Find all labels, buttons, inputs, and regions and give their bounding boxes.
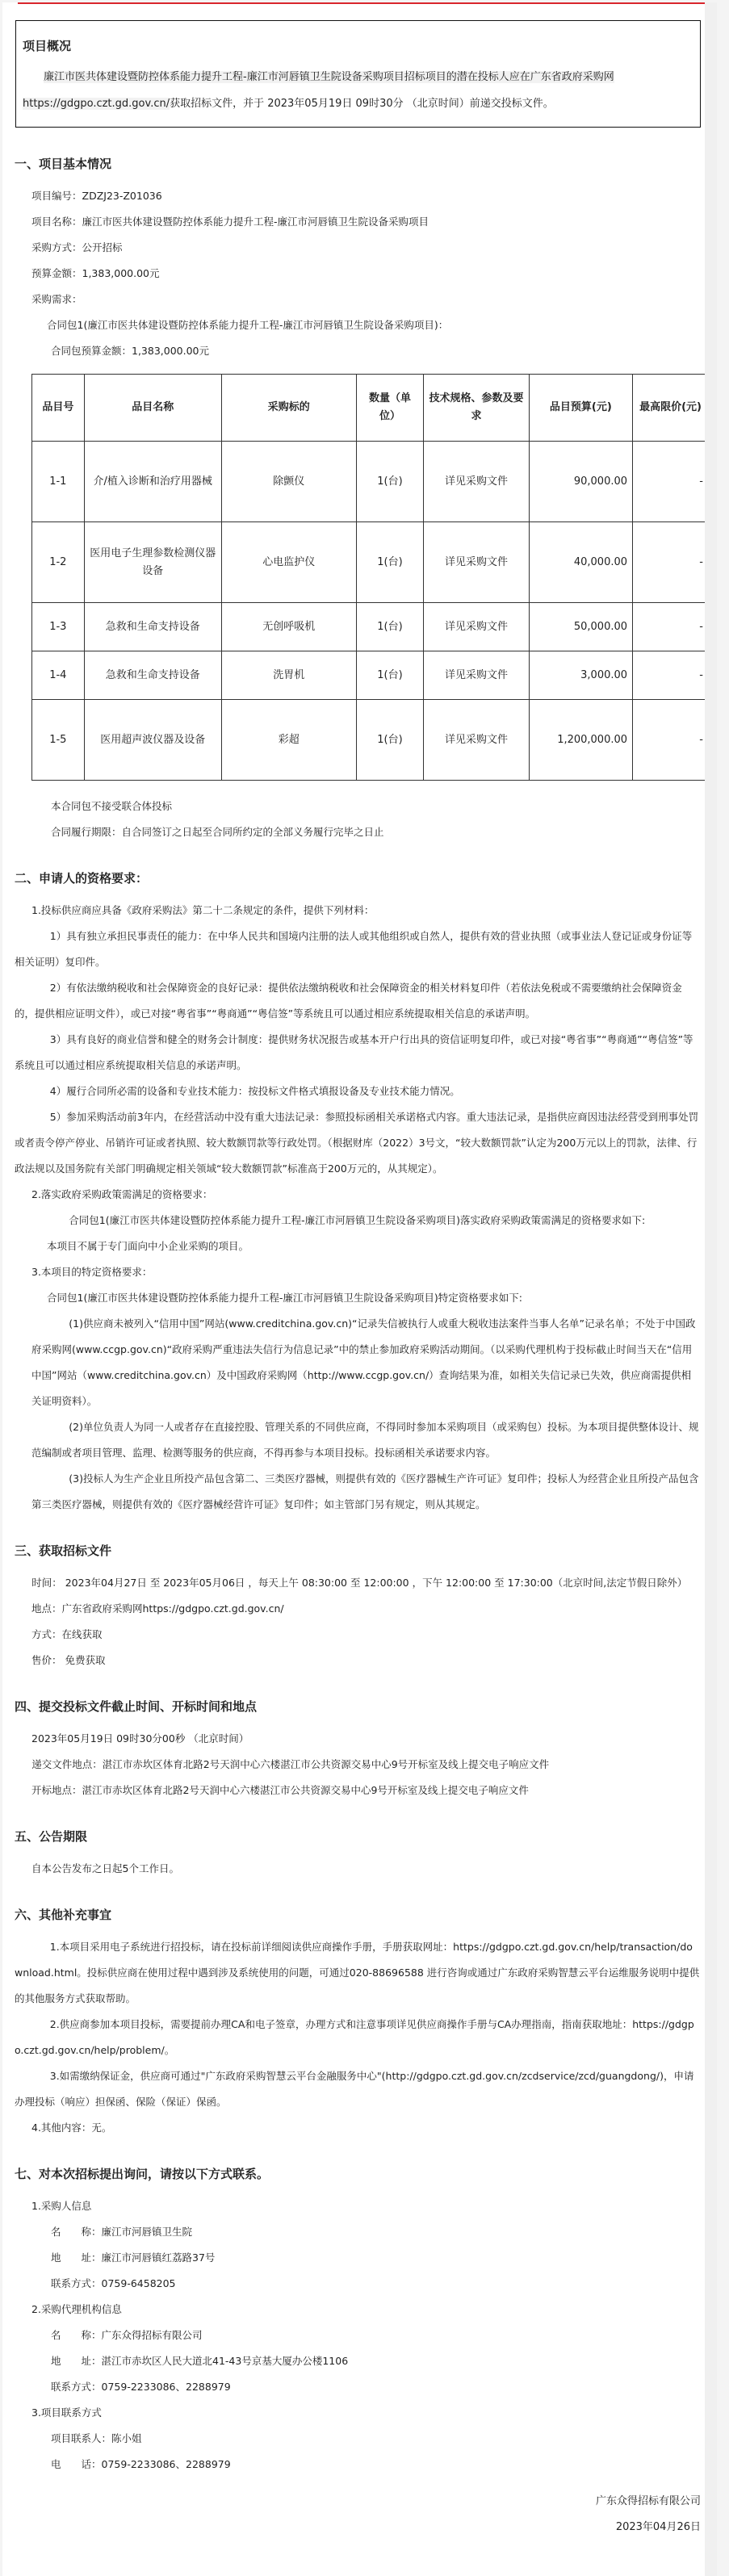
overview-box: 项目概况 廉江市医共体建设暨防控体系能力提升工程-廉江市河唇镇卫生院设备采购项目… [15, 20, 701, 128]
qualification-item-3: 3.本项目的特定资格要求： [31, 1259, 701, 1285]
supplement-item-4: 4.其他内容：无。 [31, 2115, 701, 2141]
signature-date: 2023年04月26日 [2, 2515, 701, 2540]
agency-contact: 联系方式：0759-2233086、2288979 [51, 2374, 701, 2400]
table-header-row: 品目号 品目名称 采购标的 数量（单位） 技术规格、参数及要求 品目预算(元) … [32, 375, 709, 442]
col-header-item-name: 品目名称 [84, 375, 221, 442]
table-row: 1-4 急救和生命支持设备 洗胃机 1(台) 详见采购文件 3,000.00 - [32, 651, 709, 700]
col-header-budget: 品目预算(元) [529, 375, 632, 442]
submission-deadline: 2023年05月19日 09时30分00秒 （北京时间） [31, 1726, 701, 1752]
agency-heading: 2.采购代理机构信息 [31, 2297, 701, 2323]
acquire-method: 方式：在线获取 [31, 1622, 701, 1648]
section-7-title: 七、对本次招标提出询问，请按以下方式联系。 [15, 2165, 717, 2182]
col-header-spec: 技术规格、参数及要求 [424, 375, 529, 442]
purchaser-address: 地 址：廉江市河唇镇红荔路37号 [51, 2245, 701, 2271]
project-contact-phone: 电 话：0759-2233086、2288979 [51, 2452, 701, 2478]
special-requirement-3: (3)投标人为生产企业且所投产品包含第二、三类医疗器械，则提供有效的《医疗器械生… [31, 1466, 701, 1518]
project-contact-person: 项目联系人：陈小姐 [51, 2426, 701, 2452]
submission-place: 递交文件地点：湛江市赤坎区体育北路2号天润中心六楼湛江市公共资源交易中心9号开标… [15, 1752, 701, 1778]
table-row: 1-5 医用超声波仪器及设备 彩超 1(台) 详见采购文件 1,200,000.… [32, 700, 709, 781]
col-header-target: 采购标的 [221, 375, 356, 442]
budget-amount: 预算金额：1,383,000.00元 [31, 261, 701, 287]
opening-place: 开标地点：湛江市赤坎区体育北路2号天润中心六楼湛江市公共资源交易中心9号开标室及… [31, 1778, 701, 1803]
no-consortium-note: 本合同包不接受联合体投标 [51, 794, 701, 819]
section-5-title: 五、公告期限 [15, 1828, 717, 1845]
col-header-item-no: 品目号 [32, 375, 85, 442]
announcement-period: 自本公告发布之日起5个工作日。 [31, 1856, 701, 1882]
project-contact-heading: 3.项目联系方式 [31, 2400, 701, 2426]
items-table: 品目号 品目名称 采购标的 数量（单位） 技术规格、参数及要求 品目预算(元) … [31, 374, 709, 781]
policy-text: 本项目不属于专门面向中小企业采购的项目。 [47, 1234, 701, 1259]
overview-title: 项目概况 [23, 37, 693, 54]
section-6-title: 六、其他补充事宜 [15, 1906, 717, 1923]
overview-text: 廉江市医共体建设暨防控体系能力提升工程-廉江市河唇镇卫生院设备采购项目招标项目的… [23, 64, 693, 117]
announcement-page: 项目概况 廉江市医共体建设暨防控体系能力提升工程-廉江市河唇镇卫生院设备采购项目… [2, 2, 717, 2576]
project-number: 项目编号：ZDZJ23-Z01036 [31, 183, 701, 209]
qualification-item-2: 2.落实政府采购政策需满足的资格要求： [31, 1182, 701, 1208]
supplement-item-1: 1.本项目采用电子系统进行招投标，请在投标前详细阅读供应商操作手册，手册获取网址… [15, 1934, 701, 2012]
policy-package: 合同包1(廉江市医共体建设暨防控体系能力提升工程-廉江市河唇镇卫生院设备采购项目… [31, 1208, 701, 1234]
table-row: 1-1 介/植入诊断和治疗用器械 除颤仪 1(台) 详见采购文件 90,000.… [32, 442, 709, 522]
section-4-title: 四、提交投标文件截止时间、开标时间和地点 [15, 1698, 717, 1715]
table-row: 1-3 急救和生命支持设备 无创呼吸机 1(台) 详见采购文件 50,000.0… [32, 603, 709, 651]
agency-name: 名 称：广东众得招标有限公司 [51, 2323, 701, 2348]
package-budget: 合同包预算金额：1,383,000.00元 [51, 338, 701, 364]
section-2-title: 二、申请人的资格要求： [15, 869, 717, 886]
demand-label: 采购需求： [31, 287, 701, 312]
supplement-item-3: 3.如需缴纳保证金，供应商可通过"广东政府采购智慧云平台金融服务中心"(http… [15, 2063, 701, 2115]
acquire-price: 售价： 免费获取 [31, 1648, 701, 1673]
section-3-title: 三、获取招标文件 [15, 1542, 717, 1559]
agency-address: 地 址：湛江市赤坎区人民大道北41-43号京基大厦办公楼1106 [51, 2348, 701, 2374]
qualification-item-1: 1.投标供应商应具备《政府采购法》第二十二条规定的条件，提供下列材料： [31, 898, 701, 924]
qualification-sub-2: 2）有依法缴纳税收和社会保障资金的良好记录：提供依法缴纳税收和社会保障资金的相关… [15, 975, 701, 1027]
special-requirement-2: (2)单位负责人为同一人或者存在直接控股、管理关系的不同供应商，不得同时参加本采… [31, 1414, 701, 1466]
page-scrollbar-track[interactable] [705, 2, 717, 2576]
purchaser-contact: 联系方式：0759-6458205 [51, 2271, 701, 2297]
contract-term: 合同履行期限：自合同签订之日起至合同所约定的全部义务履行完毕之日止 [51, 819, 701, 845]
purchaser-name: 名 称：廉江市河唇镇卫生院 [51, 2219, 701, 2245]
procurement-method: 采购方式：公开招标 [31, 235, 701, 261]
acquire-place: 地点：广东省政府采购网https://gdgpo.czt.gd.gov.cn/ [31, 1596, 701, 1622]
qualification-sub-1: 1）具有独立承担民事责任的能力：在中华人民共和国境内注册的法人或其他组织或自然人… [15, 924, 701, 975]
qualification-sub-3: 3）具有良好的商业信誉和健全的财务会计制度：提供财务状况报告或基本开户行出具的资… [15, 1027, 701, 1079]
acquire-time: 时间： 2023年04月27日 至 2023年05月06日 ，每天上午 08:3… [15, 1570, 701, 1596]
supplement-item-2: 2.供应商参加本项目投标，需要提前办理CA和电子签章，办理方式和注意事项详见供应… [15, 2012, 701, 2063]
special-requirement-1: (1)供应商未被列入“信用中国”网站(www.creditchina.gov.c… [31, 1311, 701, 1414]
signature-company: 广东众得招标有限公司 [2, 2489, 701, 2515]
qualification-sub-5: 5）参加采购活动前3年内，在经营活动中没有重大违法记录：参照投标函相关承诺格式内… [15, 1104, 701, 1182]
col-header-quantity: 数量（单位） [356, 375, 423, 442]
package-title: 合同包1(廉江市医共体建设暨防控体系能力提升工程-廉江市河唇镇卫生院设备采购项目… [47, 312, 701, 338]
table-row: 1-2 医用电子生理参数检测仪器设备 心电监护仪 1(台) 详见采购文件 40,… [32, 522, 709, 603]
purchaser-heading: 1.采购人信息 [31, 2193, 701, 2219]
top-red-rule [18, 2, 707, 4]
project-name: 项目名称：廉江市医共体建设暨防控体系能力提升工程-廉江市河唇镇卫生院设备采购项目 [31, 209, 701, 235]
col-header-max-price: 最高限价(元) [633, 375, 709, 442]
qualification-sub-4: 4）履行合同所必需的设备和专业技术能力：按投标文件格式填报设备及专业技术能力情况… [15, 1079, 701, 1104]
section-1-title: 一、项目基本情况 [15, 155, 717, 172]
special-requirement-package: 合同包1(廉江市医共体建设暨防控体系能力提升工程-廉江市河唇镇卫生院设备采购项目… [47, 1285, 701, 1311]
